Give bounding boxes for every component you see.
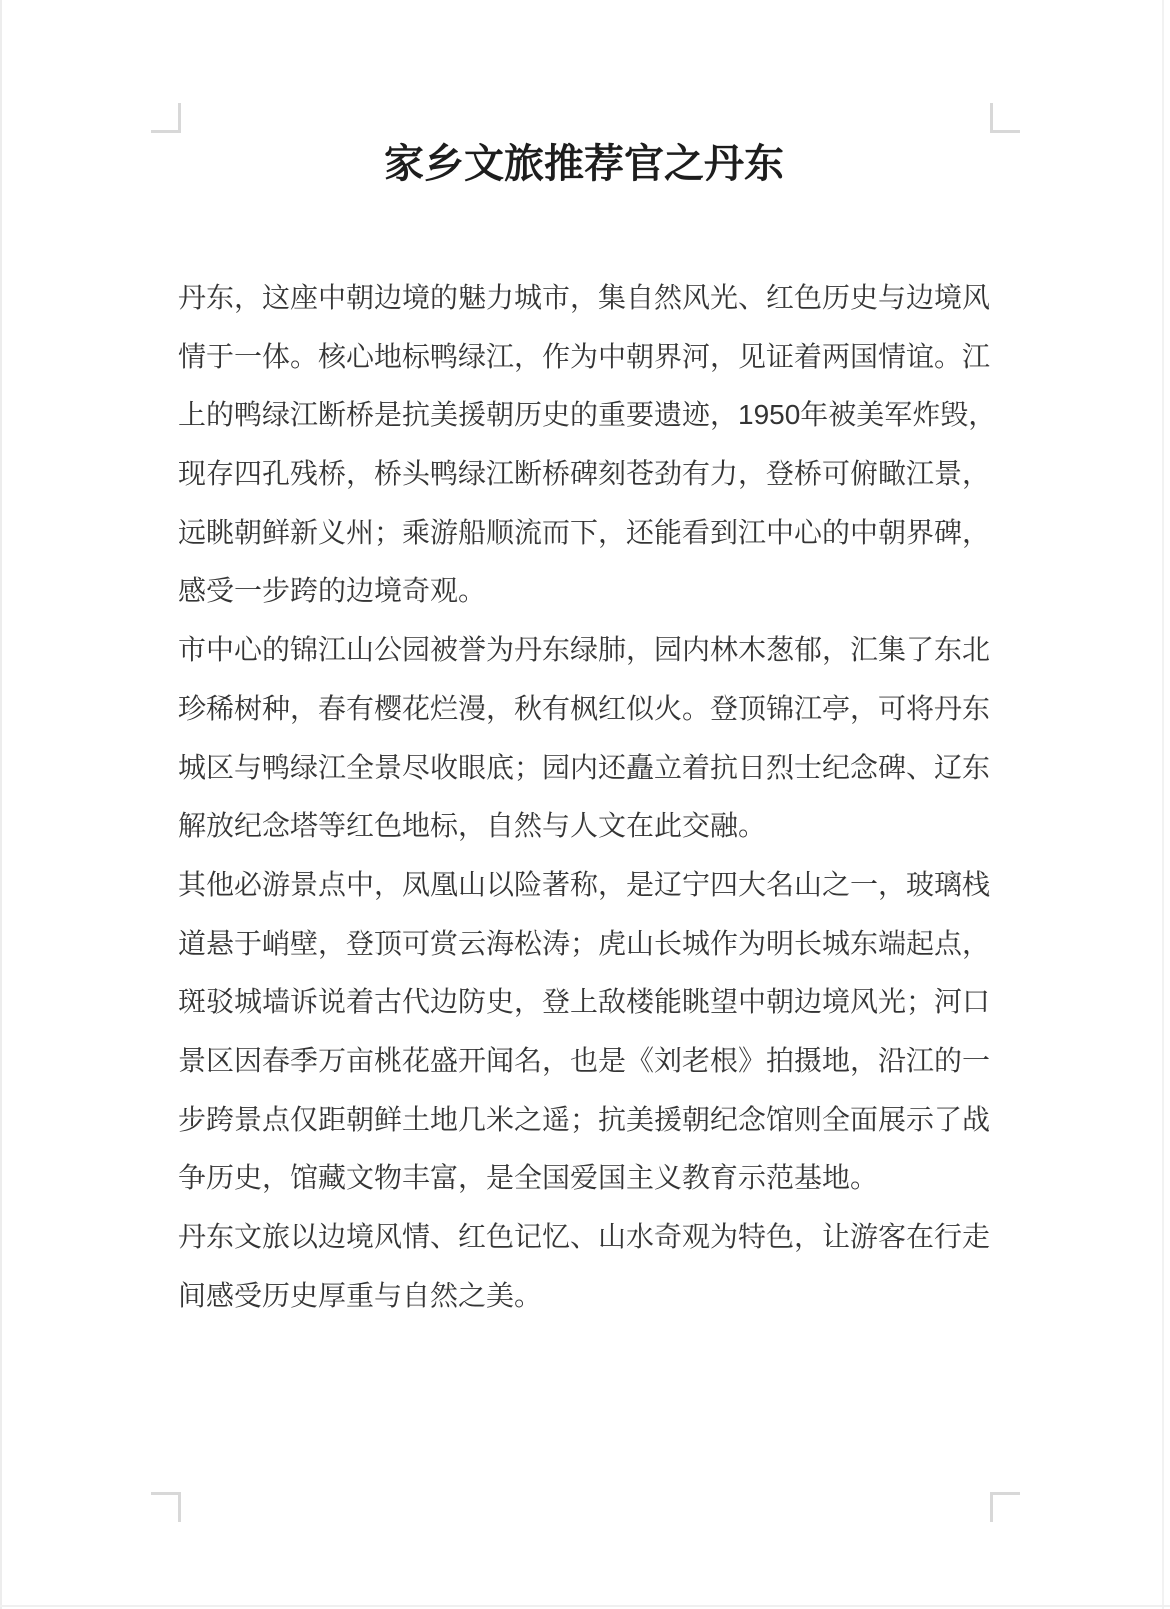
text-boundary-corner-bottom-left — [151, 1492, 181, 1522]
page-edge-bottom — [0, 1605, 1170, 1607]
body-line: 现存四孔残桥，桥头鸭绿江断桥碑刻苍劲有力，登桥可俯瞰江景， — [178, 445, 990, 504]
document-page: 家乡文旅推荐官之丹东 丹东，这座中朝边境的魅力城市，集自然风光、红色历史与边境风… — [0, 0, 1170, 1609]
body-line: 感受一步跨的边境奇观。 — [178, 562, 990, 621]
body-line: 争历史，馆藏文物丰富，是全国爱国主义教育示范基地。 — [178, 1149, 990, 1208]
body-line: 市中心的锦江山公园被誉为丹东绿肺，园内林木葱郁，汇集了东北 — [178, 621, 990, 680]
body-line: 上的鸭绿江断桥是抗美援朝历史的重要遗迹，1950年被美军炸毁， — [178, 386, 990, 445]
page-edge-left — [0, 0, 2, 1609]
text-boundary-corner-top-left — [151, 103, 181, 133]
text-boundary-corner-top-right — [990, 103, 1020, 133]
body-line: 珍稀树种，春有樱花烂漫，秋有枫红似火。登顶锦江亭，可将丹东 — [178, 680, 990, 739]
body-line: 丹东，这座中朝边境的魅力城市，集自然风光、红色历史与边境风 — [178, 269, 990, 328]
page-edge-right — [1162, 0, 1164, 1609]
body-line: 步跨景点仅距朝鲜土地几米之遥；抗美援朝纪念馆则全面展示了战 — [178, 1091, 990, 1150]
body-line: 间感受历史厚重与自然之美。 — [178, 1267, 990, 1326]
body-line: 情于一体。核心地标鸭绿江，作为中朝界河，见证着两国情谊。江 — [178, 328, 990, 387]
body-line: 解放纪念塔等红色地标，自然与人文在此交融。 — [178, 797, 990, 856]
body-line: 丹东文旅以边境风情、红色记忆、山水奇观为特色，让游客在行走 — [178, 1208, 990, 1267]
body-line: 道悬于峭壁，登顶可赏云海松涛；虎山长城作为明长城东端起点， — [178, 915, 990, 974]
body-line: 斑驳城墙诉说着古代边防史，登上敌楼能眺望中朝边境风光；河口 — [178, 973, 990, 1032]
body-line: 远眺朝鲜新义州；乘游船顺流而下，还能看到江中心的中朝界碑， — [178, 504, 990, 563]
text-boundary-corner-bottom-right — [990, 1492, 1020, 1522]
body-line: 景区因春季万亩桃花盛开闻名，也是《刘老根》拍摄地，沿江的一 — [178, 1032, 990, 1091]
document-title: 家乡文旅推荐官之丹东 — [178, 134, 990, 194]
document-body: 丹东，这座中朝边境的魅力城市，集自然风光、红色历史与边境风 情于一体。核心地标鸭… — [178, 269, 990, 1325]
body-line: 其他必游景点中，凤凰山以险著称，是辽宁四大名山之一，玻璃栈 — [178, 856, 990, 915]
body-line: 城区与鸭绿江全景尽收眼底；园内还矗立着抗日烈士纪念碑、辽东 — [178, 739, 990, 798]
